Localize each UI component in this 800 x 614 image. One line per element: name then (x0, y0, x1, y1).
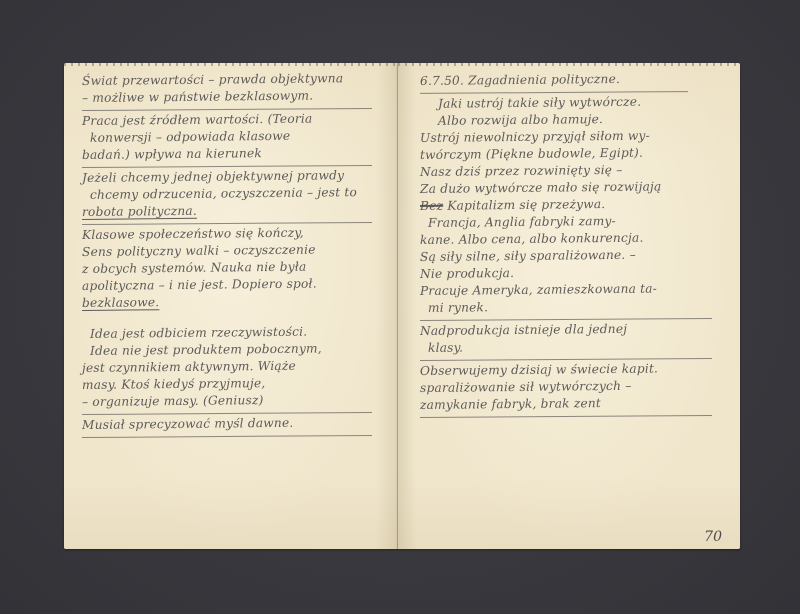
page-heading: 6.7.50. Zagadnienia polityczne. (420, 73, 724, 90)
dated-heading: 6.7.50. Zagadnienia polityczne. (420, 70, 724, 90)
struck-word: Bez (420, 199, 443, 213)
note-block: Świat przewartości – prawda objektywna –… (82, 73, 384, 107)
handwritten-line: klasy. (420, 337, 724, 357)
note-block: Idea jest odbiciem rzeczywistości. Idea … (82, 326, 384, 411)
left-page-content: Świat przewartości – prawda objektywna –… (64, 63, 398, 549)
divider-rule (420, 415, 712, 418)
note-block: Praca jest źródłem wartości. (Teoria kon… (82, 113, 384, 164)
note-block: Musiał sprecyzować myśl dawne. (82, 417, 384, 434)
note-block: Jaki ustrój takie siły wytwórcze. Albo r… (420, 96, 724, 130)
page-number: 70 (704, 529, 722, 545)
note-block: Klasowe społeczeństwo się kończy, Sens p… (82, 227, 384, 312)
handwritten-line: – organizuje masy. (Geniusz) (82, 391, 384, 411)
note-block: Nadprodukcja istnieje dla jednej klasy. (420, 323, 724, 357)
handwritten-line: mi rynek. (420, 297, 724, 317)
note-block: Jeżeli chcemy jednej objektywnej prawdy … (82, 170, 384, 221)
handwritten-line: robota polityczna. (82, 201, 384, 221)
handwritten-line: Musiał sprecyzować myśl dawne. (82, 414, 384, 434)
handwritten-line: badań.) wpływa na kierunek (82, 144, 384, 164)
handwritten-text: Kapitalizm się przeżywa. (447, 197, 605, 213)
note-block: Ustrój niewolniczy przyjął siłom wy- twó… (420, 130, 724, 317)
divider-rule (82, 435, 372, 438)
handwritten-text: Praca jest źródłem wartości. (Teoria (82, 112, 313, 128)
handwritten-line: zamykanie fabryk, brak zent (420, 394, 724, 414)
right-page-content: 6.7.50. Zagadnienia polityczne. Jaki ust… (398, 63, 740, 549)
notebook-spread: Świat przewartości – prawda objektywna –… (64, 63, 740, 549)
note-block: Obserwujemy dzisiaj w świecie kapit. spa… (420, 363, 724, 414)
left-page: Świat przewartości – prawda objektywna –… (64, 63, 398, 549)
right-page: 6.7.50. Zagadnienia polityczne. Jaki ust… (398, 63, 740, 549)
handwritten-line: – możliwe w państwie bezklasowym. (82, 87, 384, 107)
handwritten-line: bezklasowe. (82, 292, 384, 312)
